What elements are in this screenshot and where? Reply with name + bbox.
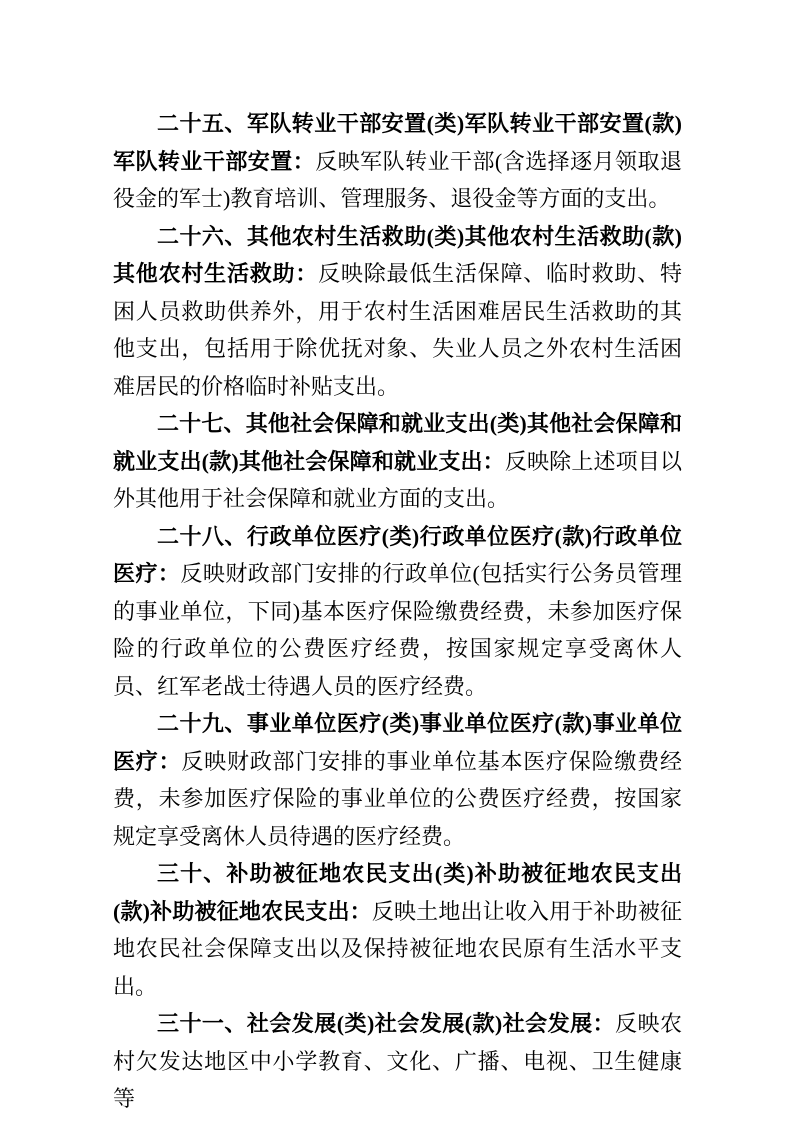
paragraph-item-27: 二十七、其他社会保障和就业支出(类)其他社会保障和就业支出(款)其他社会保障和就… — [113, 405, 682, 518]
paragraph-item-29: 二十九、事业单位医疗(类)事业单位医疗(款)事业单位医疗：反映财政部门安排的事业… — [113, 705, 682, 855]
document-page: 二十五、军队转业干部安置(类)军队转业干部安置(款)军队转业干部安置：反映军队转… — [0, 0, 793, 1122]
paragraph-heading: 三十一、社会发展(类)社会发展(款)社会发展： — [157, 1011, 615, 1036]
document-text-block: 二十五、军队转业干部安置(类)军队转业干部安置(款)军队转业干部安置：反映军队转… — [113, 105, 682, 1118]
paragraph-item-28: 二十八、行政单位医疗(类)行政单位医疗(款)行政单位医疗：反映财政部门安排的行政… — [113, 518, 682, 706]
paragraph-item-26: 二十六、其他农村生活救助(类)其他农村生活救助(款)其他农村生活救助：反映除最低… — [113, 218, 682, 406]
paragraph-item-31: 三十一、社会发展(类)社会发展(款)社会发展：反映农村欠发达地区中小学教育、文化… — [113, 1005, 682, 1118]
paragraph-item-30: 三十、补助被征地农民支出(类)补助被征地农民支出(款)补助被征地农民支出：反映土… — [113, 855, 682, 1005]
paragraph-body: 反映财政部门安排的行政单位(包括实行公务员管理的事业单位，下同)基本医疗保险缴费… — [113, 561, 682, 699]
paragraph-body: 反映财政部门安排的事业单位基本医疗保险缴费经费，未参加医疗保险的事业单位的公费医… — [113, 749, 682, 849]
paragraph-item-25: 二十五、军队转业干部安置(类)军队转业干部安置(款)军队转业干部安置：反映军队转… — [113, 105, 682, 218]
